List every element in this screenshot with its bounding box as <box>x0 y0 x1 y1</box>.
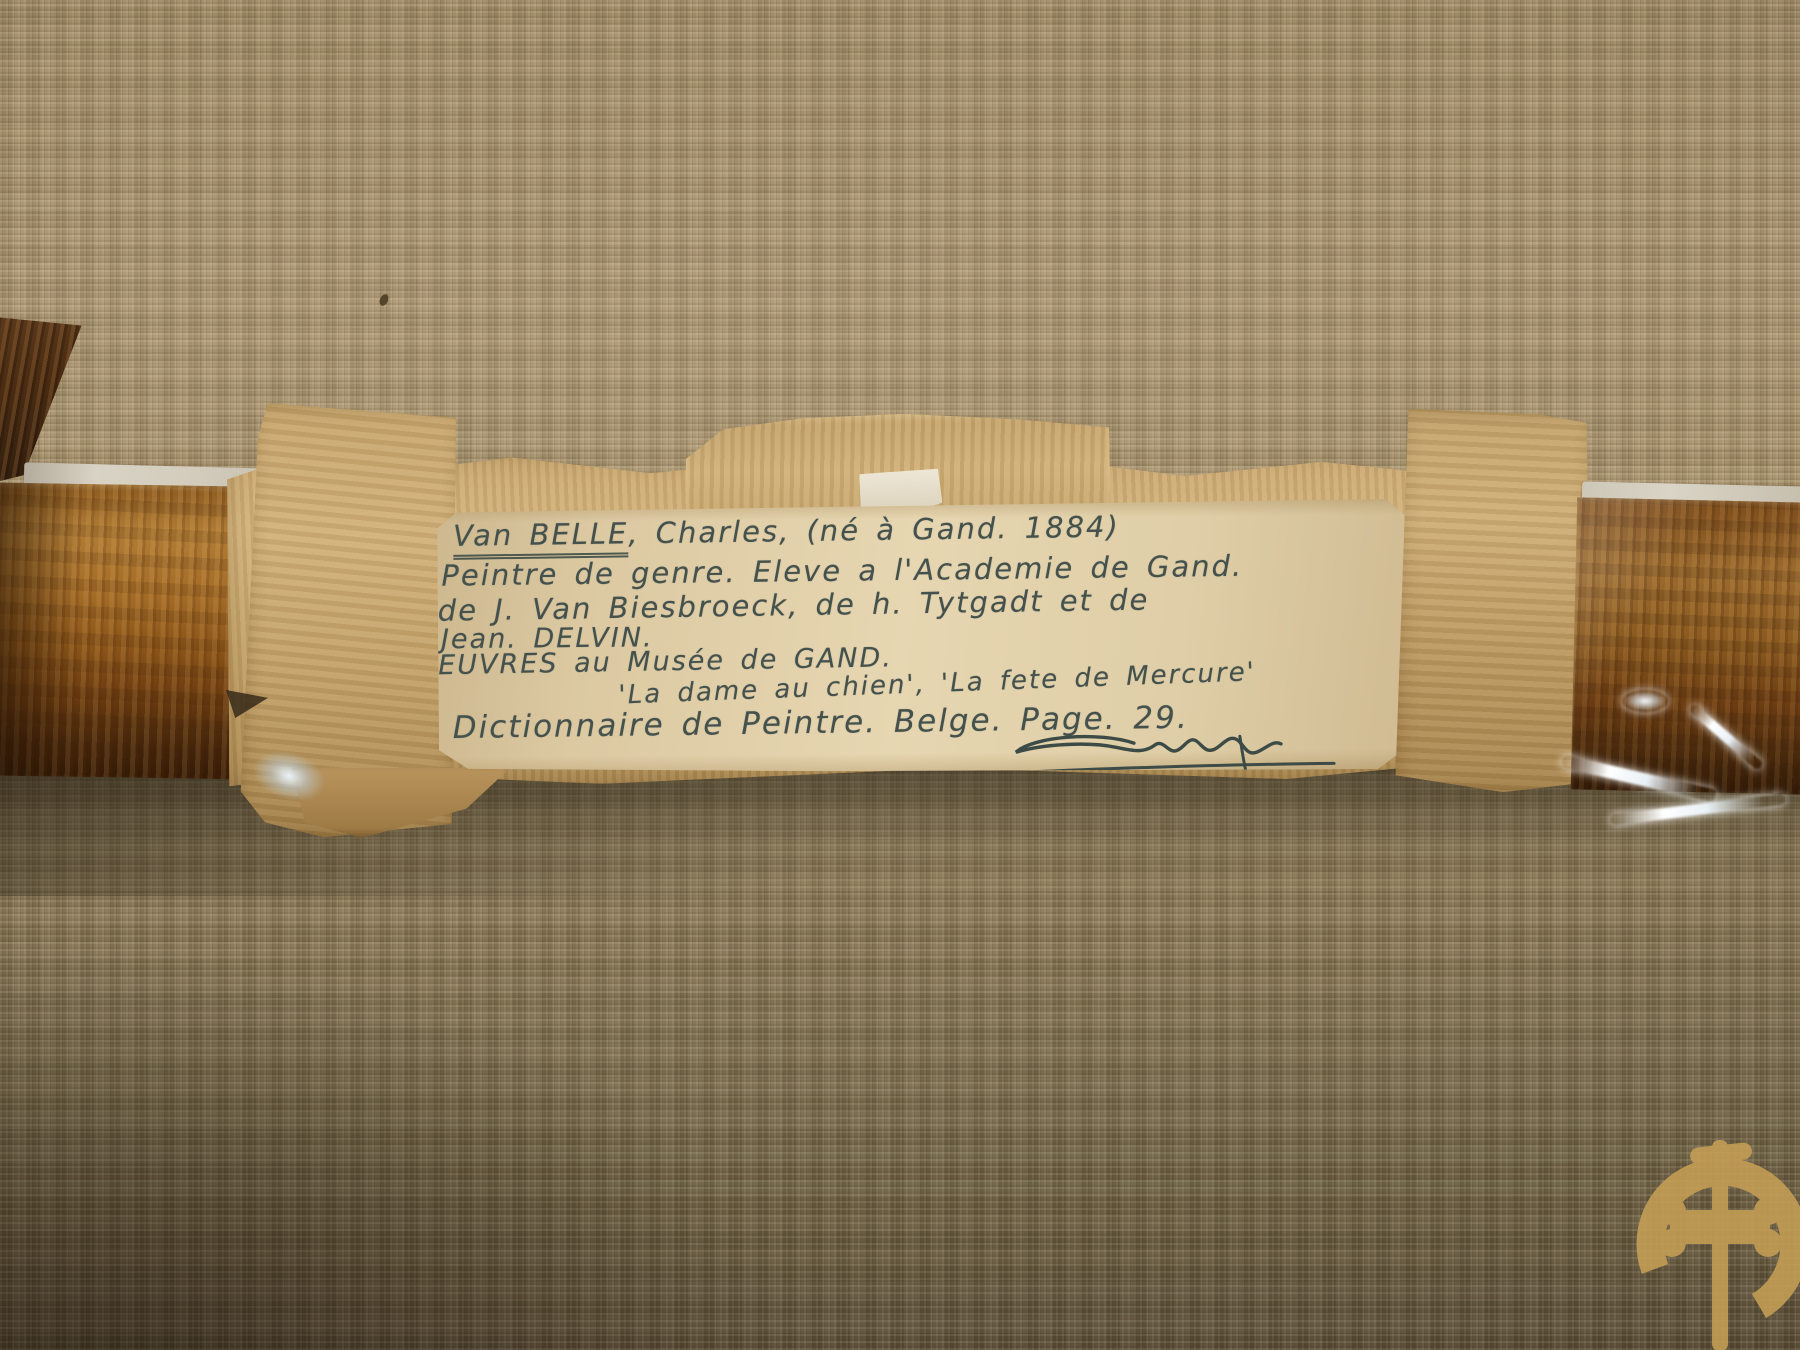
artist-name-underlined: Van BELLE <box>453 516 629 559</box>
plastic-crease <box>1688 703 1764 771</box>
handwritten-artist-label: Van BELLE, Charles, (né à Gand. 1884) Pe… <box>437 499 1407 777</box>
plastic-crease <box>1561 754 1718 802</box>
plastic-highlight <box>1622 690 1668 712</box>
crumpled-plastic-wrap <box>1552 676 1800 846</box>
label-line-artist: Van BELLE, Charles, (né à Gand. 1884) <box>453 510 1120 553</box>
auction-gavel-watermark-icon <box>1626 1116 1800 1350</box>
artist-name-rest: , Charles, (né à Gand. 1884) <box>628 510 1120 551</box>
photo-back-of-painting: Van BELLE, Charles, (né à Gand. 1884) Pe… <box>0 0 1800 1350</box>
